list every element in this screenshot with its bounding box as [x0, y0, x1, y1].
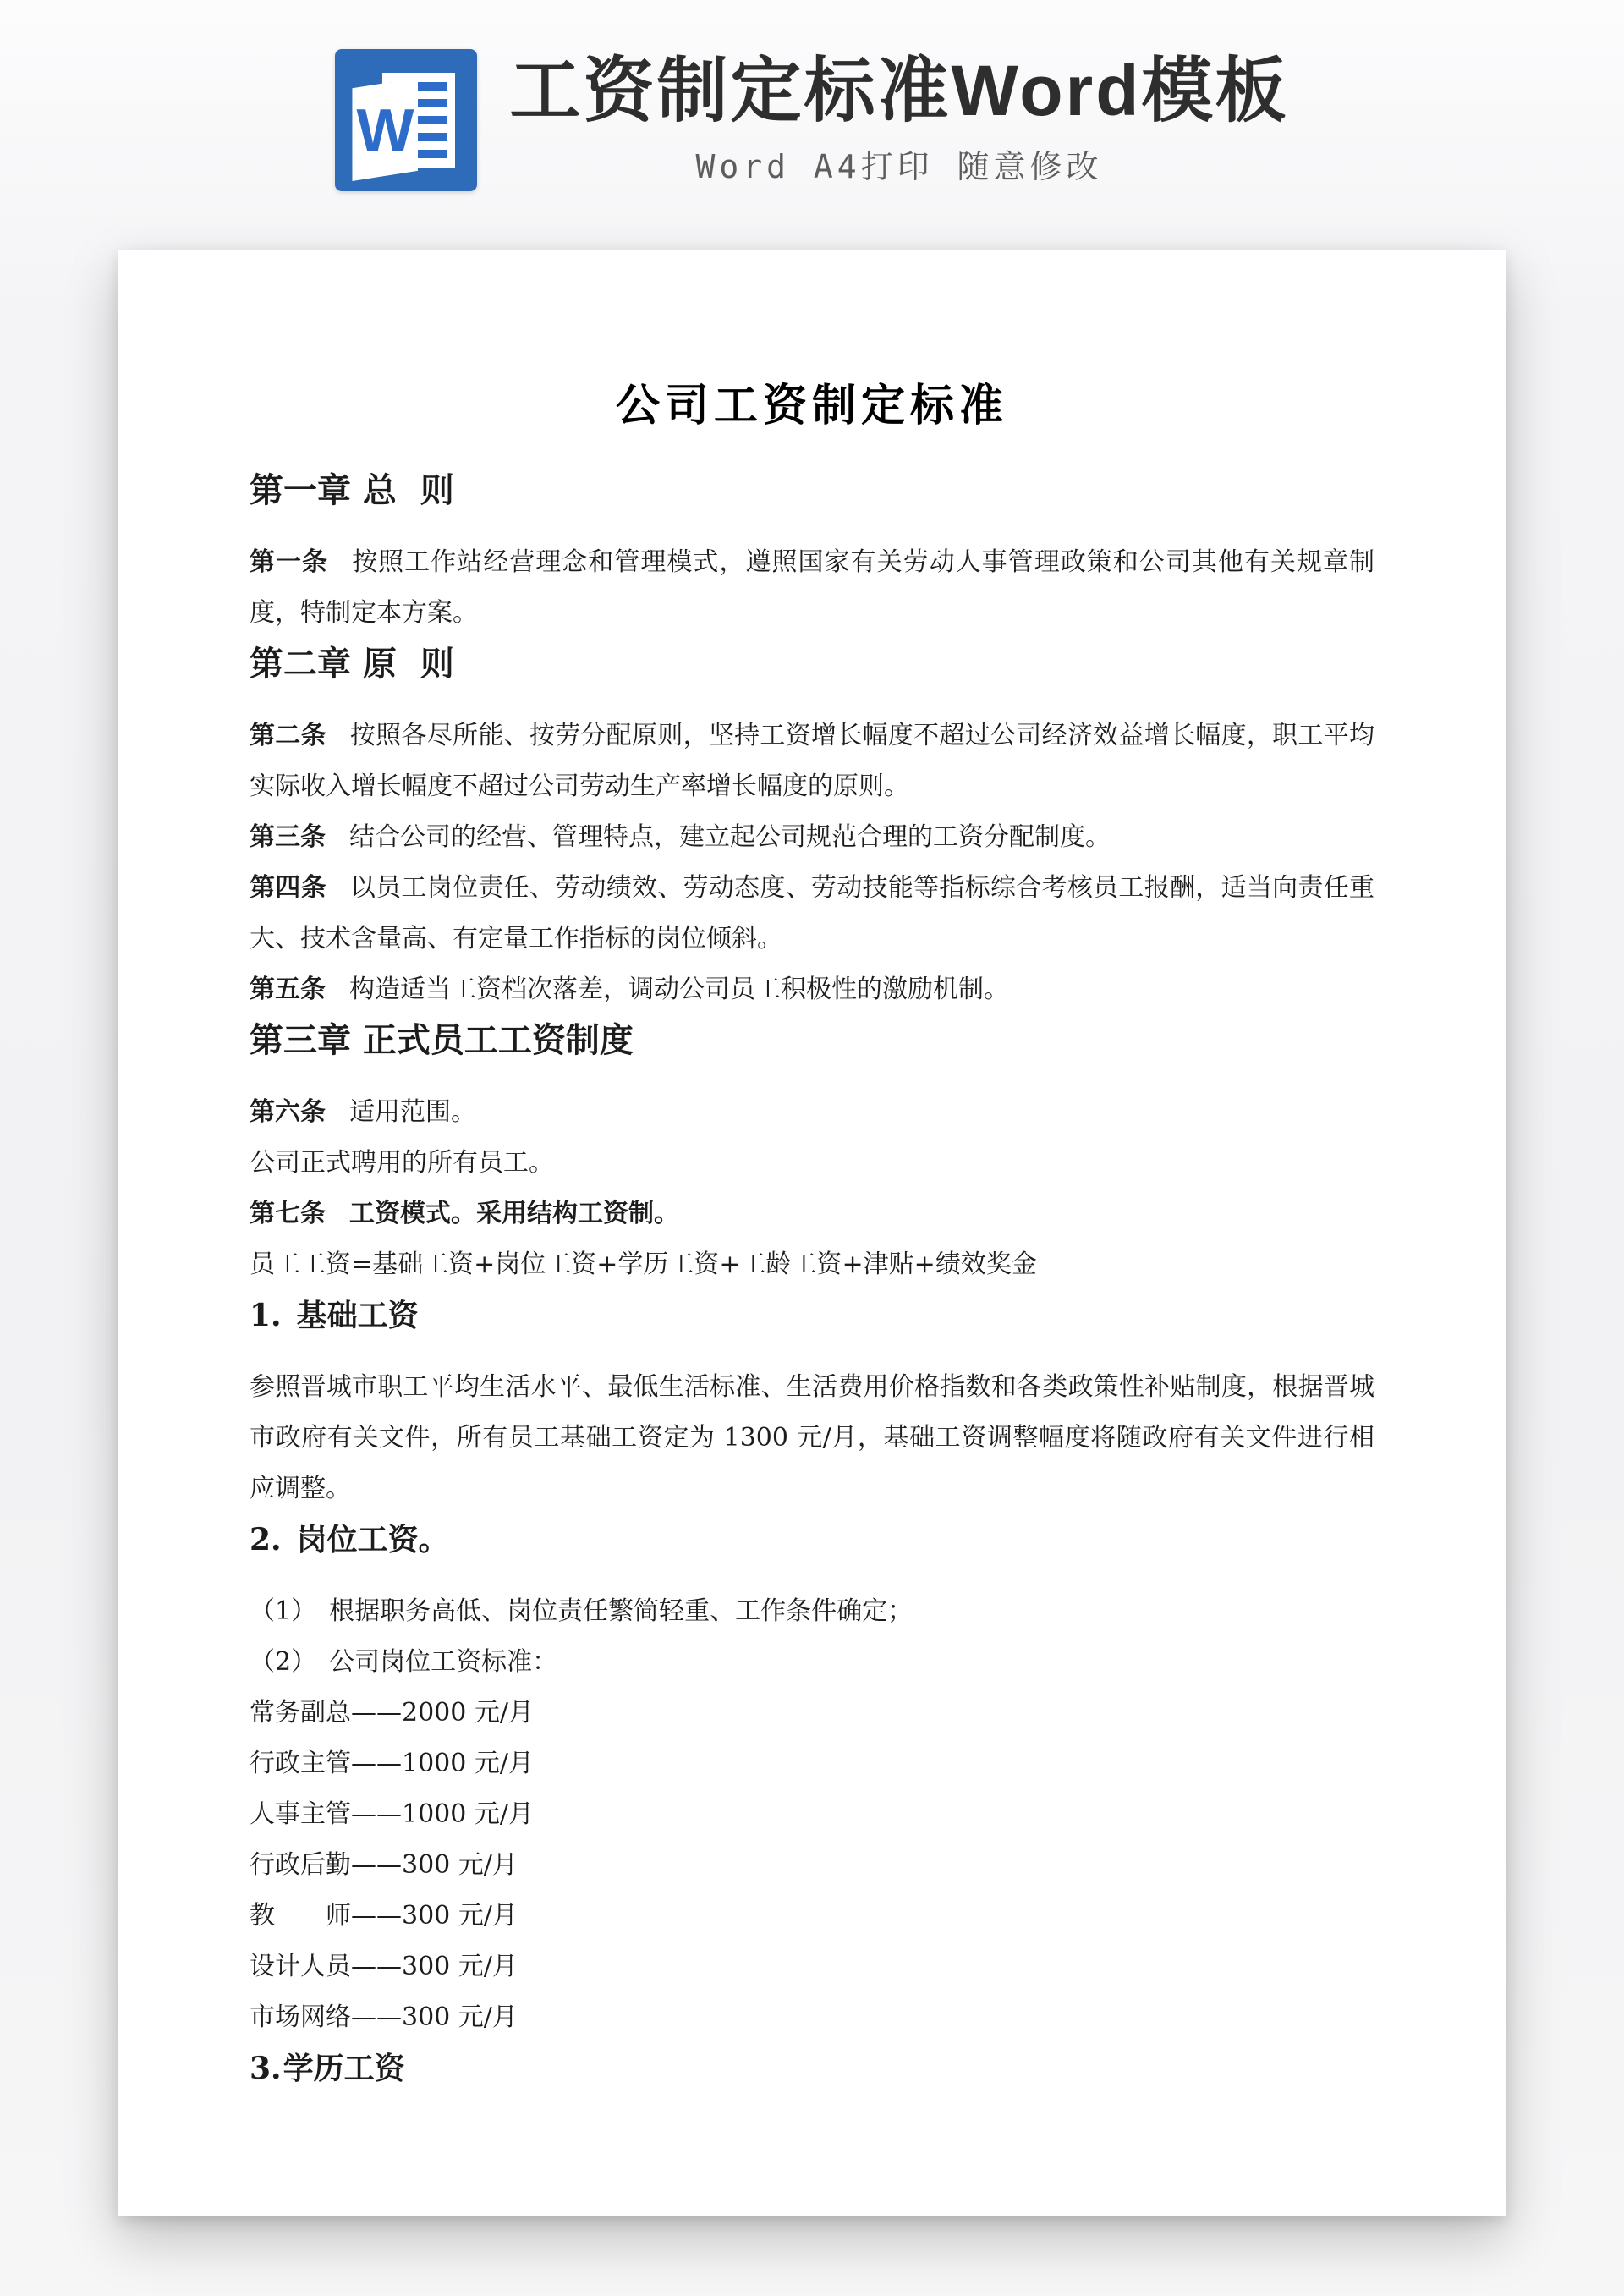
doc-block-lead: 第六条 — [250, 1097, 326, 1127]
doc-block-text: 教 师——300 元/月 — [250, 1901, 518, 1931]
document-body: 第一章 总 则第一条按照工作站经营理念和管理模式，遵照国家有关劳动人事管理政策和… — [250, 465, 1374, 2094]
doc-block-text: 工资模式。采用结构工资制。 — [349, 1199, 679, 1228]
doc-block-subheading: 1.基础工资 — [250, 1290, 1374, 1341]
doc-block-text: 基础工资 — [297, 1298, 419, 1333]
doc-block-list-line: 行政主管——1000 元/月 — [250, 1738, 1374, 1789]
document-page: 公司工资制定标准 第一章 总 则第一条按照工作站经营理念和管理模式，遵照国家有关… — [118, 250, 1506, 2216]
doc-block-chapter: 第一章 总 则 — [250, 465, 1374, 516]
doc-block-lead: 3. — [250, 2051, 282, 2086]
doc-block-text: 按照各尽所能、按劳分配原则，坚持工资增长幅度不超过公司经济效益增长幅度，职工平均… — [250, 721, 1374, 801]
doc-block-text: 以员工岗位责任、劳动绩效、劳动态度、劳动技能等指标综合考核员工报酬，适当向责任重… — [250, 873, 1374, 953]
banner-text: 工资制定标准Word模板 Word A4打印 随意修改 — [509, 53, 1288, 187]
doc-block-para: 第四条以员工岗位责任、劳动绩效、劳动态度、劳动技能等指标综合考核员工报酬，适当向… — [250, 863, 1374, 964]
doc-block-text: 常务副总——2000 元/月 — [250, 1698, 534, 1727]
doc-block-text: 结合公司的经营、管理特点，建立起公司规范合理的工资分配制度。 — [349, 822, 1111, 852]
doc-block-list-line: 人事主管——1000 元/月 — [250, 1789, 1374, 1840]
doc-block-lead: 1. — [250, 1298, 282, 1333]
doc-block-plain: 参照晋城市职工平均生活水平、最低生活标准、生活费用价格指数和各类政策性补贴制度，… — [250, 1362, 1374, 1514]
doc-block-plain: 公司正式聘用的所有员工。 — [250, 1138, 1374, 1189]
template-banner: W 工资制定标准Word模板 Word A4打印 随意修改 — [0, 0, 1624, 193]
doc-block-lead: 第二条 — [250, 721, 326, 750]
doc-block-lead: 2. — [250, 1522, 282, 1557]
doc-block-text: （1） 根据职务高低、岗位责任繁简轻重、工作条件确定； — [250, 1596, 913, 1626]
doc-block-text: 行政主管——1000 元/月 — [250, 1749, 534, 1778]
doc-block-para: 第一条按照工作站经营理念和管理模式，遵照国家有关劳动人事管理政策和公司其他有关规… — [250, 537, 1374, 639]
doc-block-text: 适用范围。 — [349, 1097, 476, 1127]
doc-block-list-line: 行政后勤——300 元/月 — [250, 1840, 1374, 1891]
doc-block-plain: （1） 根据职务高低、岗位责任繁简轻重、工作条件确定； — [250, 1586, 1374, 1637]
doc-block-text: （2） 公司岗位工资标准： — [250, 1647, 557, 1677]
doc-block-list-line: 常务副总——2000 元/月 — [250, 1688, 1374, 1738]
word-icon-letter: W — [356, 101, 414, 162]
doc-block-lead: 第一条 — [250, 547, 328, 577]
doc-block-plain: （2） 公司岗位工资标准： — [250, 1637, 1374, 1688]
doc-block-chapter: 第二章 原 则 — [250, 639, 1374, 689]
doc-block-subheading: 3.学历工资 — [250, 2043, 1374, 2094]
doc-block-text: 第三章 正式员工工资制度 — [250, 1020, 634, 1060]
doc-block-text: 岗位工资。 — [297, 1522, 449, 1557]
doc-block-list-line: 设计人员——300 元/月 — [250, 1942, 1374, 1992]
doc-block-text: 参照晋城市职工平均生活水平、最低生活标准、生活费用价格指数和各类政策性补贴制度，… — [250, 1372, 1374, 1503]
doc-block-text: 第二章 原 则 — [250, 644, 454, 684]
doc-block-text: 市场网络——300 元/月 — [250, 2002, 518, 2032]
doc-block-para: 第三条结合公司的经营、管理特点，建立起公司规范合理的工资分配制度。 — [250, 812, 1374, 863]
doc-block-text: 按照工作站经营理念和管理模式，遵照国家有关劳动人事管理政策和公司其他有关规章制度… — [250, 547, 1374, 628]
doc-block-subheading: 2.岗位工资。 — [250, 1514, 1374, 1565]
doc-block-text: 人事主管——1000 元/月 — [250, 1799, 534, 1829]
doc-block-plain: 员工工资=基础工资+岗位工资+学历工资+工龄工资+津贴+绩效奖金 — [250, 1239, 1374, 1290]
doc-block-list-line: 市场网络——300 元/月 — [250, 1992, 1374, 2043]
doc-block-list-line: 教 师——300 元/月 — [250, 1891, 1374, 1942]
doc-block-text: 公司正式聘用的所有员工。 — [250, 1148, 554, 1178]
doc-block-para: 第二条按照各尽所能、按劳分配原则，坚持工资增长幅度不超过公司经济效益增长幅度，职… — [250, 711, 1374, 812]
doc-block-text: 学历工资 — [283, 2051, 405, 2086]
doc-block-text: 第一章 总 则 — [250, 470, 454, 510]
document-title: 公司工资制定标准 — [250, 376, 1374, 436]
doc-block-text: 行政后勤——300 元/月 — [250, 1850, 518, 1880]
doc-block-lead: 第三条 — [250, 822, 326, 852]
doc-block-text: 设计人员——300 元/月 — [250, 1952, 518, 1981]
doc-block-para-bold: 第七条工资模式。采用结构工资制。 — [250, 1189, 1374, 1239]
doc-block-text: 构造适当工资档次落差，调动公司员工积极性的激励机制。 — [349, 975, 1009, 1004]
template-title: 工资制定标准Word模板 — [509, 53, 1288, 129]
doc-block-para: 第六条适用范围。 — [250, 1087, 1374, 1138]
doc-block-chapter: 第三章 正式员工工资制度 — [250, 1015, 1374, 1066]
doc-block-lead: 第四条 — [250, 873, 326, 903]
template-subtitle: Word A4打印 随意修改 — [695, 140, 1102, 187]
doc-block-lead: 第五条 — [250, 975, 326, 1004]
word-icon: W — [335, 49, 477, 191]
doc-block-text: 员工工资=基础工资+岗位工资+学历工资+工龄工资+津贴+绩效奖金 — [250, 1250, 1037, 1279]
doc-block-para: 第五条构造适当工资档次落差，调动公司员工积极性的激励机制。 — [250, 964, 1374, 1015]
doc-block-lead: 第七条 — [250, 1199, 326, 1228]
word-icon-fold: W — [352, 78, 418, 181]
